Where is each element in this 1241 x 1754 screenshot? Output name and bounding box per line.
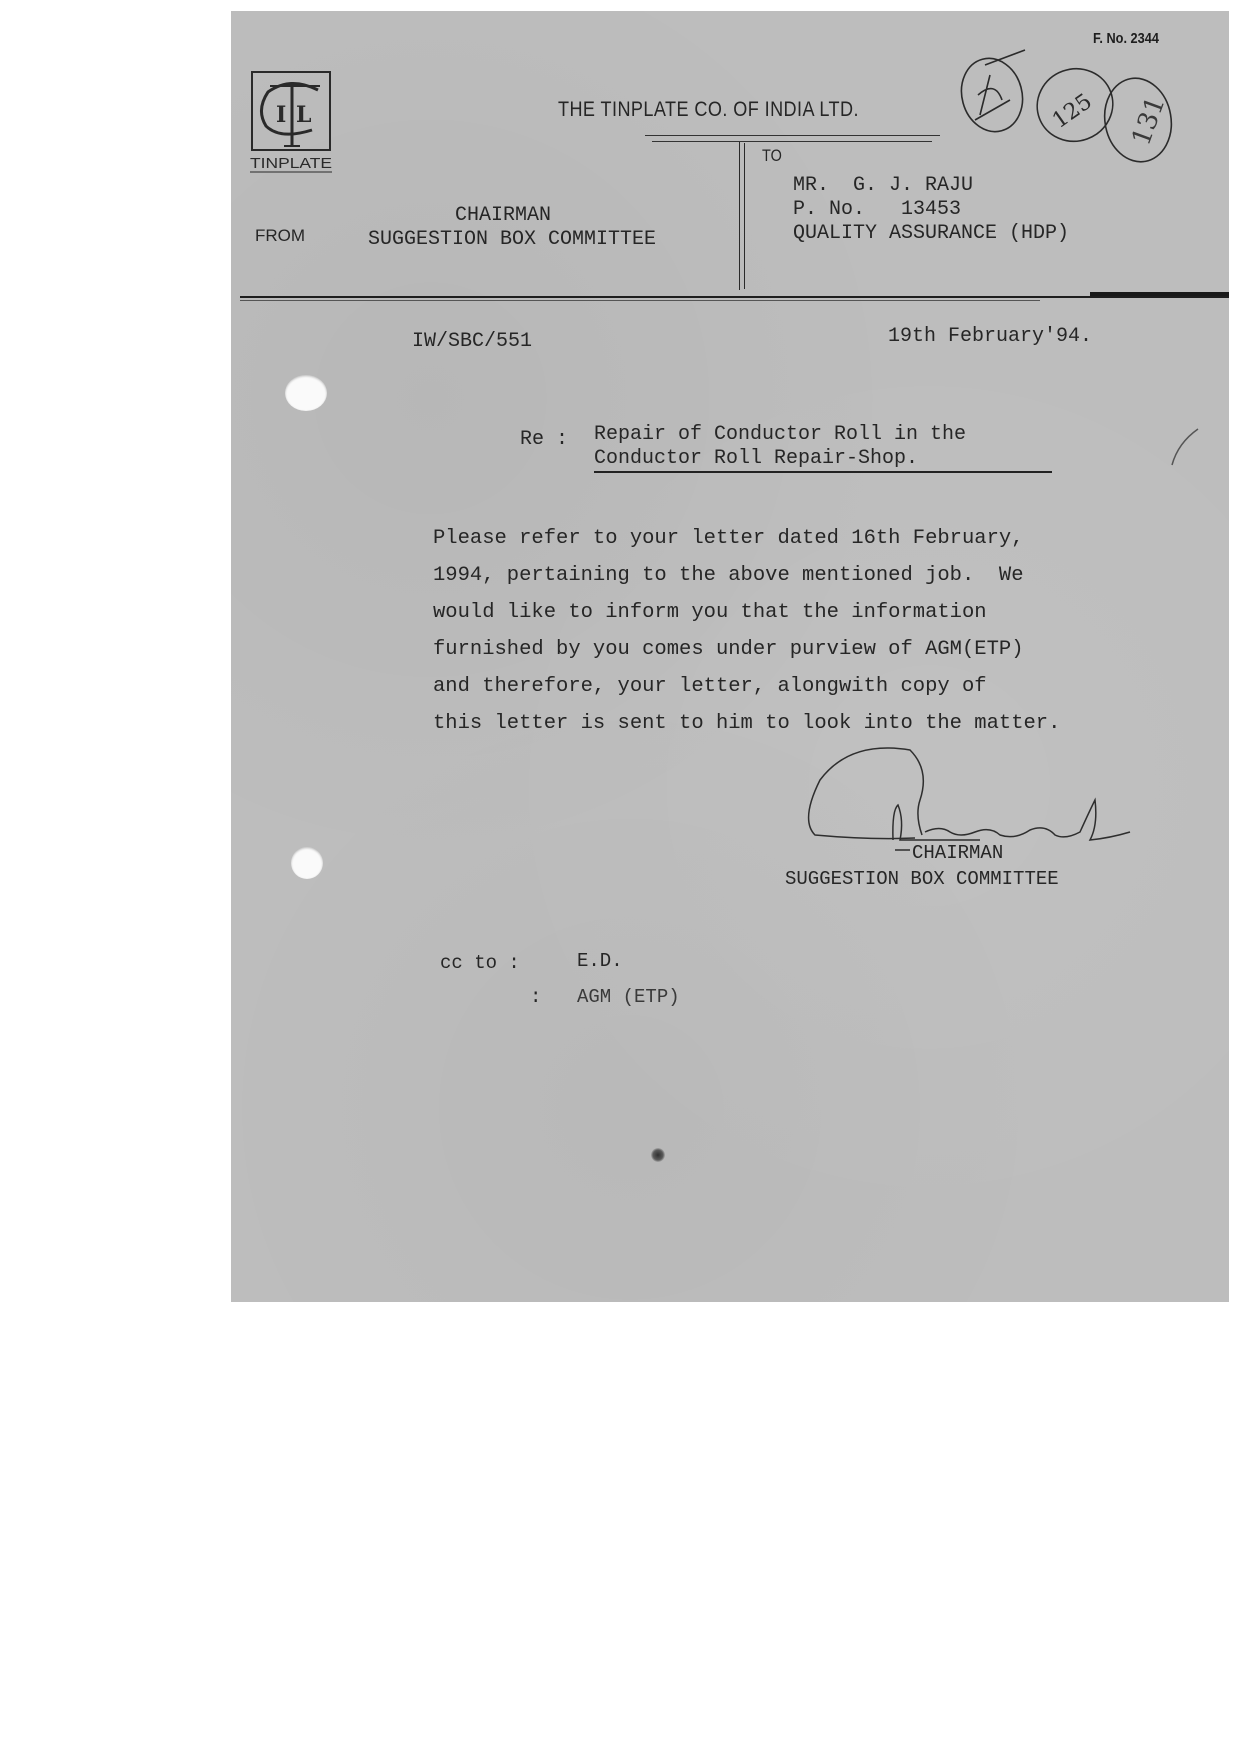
to-recipient-name: MR. G. J. RAJU [793, 174, 973, 197]
cc-separator: : [530, 986, 541, 1008]
signatory-title: CHAIRMAN [912, 842, 1003, 864]
body-line: this letter is sent to him to look into … [433, 705, 1060, 742]
cc-recipient: AGM (ETP) [577, 986, 680, 1008]
to-personnel-number: P. No. 13453 [793, 198, 961, 221]
header-bottom-rule [1090, 292, 1229, 296]
letter-date: 19th February'94. [888, 325, 1092, 348]
svg-text:L: L [296, 102, 311, 128]
cc-label: cc to : [440, 952, 520, 974]
subject-line-2: Conductor Roll Repair-Shop. [594, 447, 1052, 473]
logo-caption: TINPLATE [250, 155, 332, 172]
body-line: 1994, pertaining to the above mentioned … [433, 557, 1024, 594]
subject-line-1: Repair of Conductor Roll in the [594, 423, 966, 446]
reference-number: IW/SBC/551 [412, 330, 532, 353]
to-label: TO [762, 146, 782, 166]
company-name: THE TINPLATE CO. OF INDIA LTD. [558, 98, 859, 122]
tcil-monogram-logo-icon: I L TINPLATE [250, 70, 334, 174]
from-label: FROM [255, 226, 305, 246]
body-line: Please refer to your letter dated 16th F… [433, 520, 1024, 557]
signatory-committee: SUGGESTION BOX COMMITTEE [785, 868, 1059, 890]
header-bottom-rule [240, 296, 1229, 298]
svg-text:131: 131 [1126, 93, 1171, 150]
header-divider [739, 142, 740, 290]
punch-hole [285, 375, 327, 411]
punch-hole [291, 847, 323, 879]
stray-pen-mark [1170, 425, 1200, 470]
body-line: furnished by you comes under purview of … [433, 631, 1024, 668]
body-line: and therefore, your letter, alongwith co… [433, 668, 987, 705]
svg-text:I: I [276, 102, 286, 128]
handwritten-circled-numbers: 125 131 [950, 45, 1180, 165]
svg-text:125: 125 [1048, 89, 1097, 134]
cc-recipient: E.D. [577, 950, 623, 972]
header-bottom-rule [240, 300, 1040, 301]
subject-label: Re : [520, 428, 568, 451]
from-title: CHAIRMAN [455, 204, 551, 227]
to-department: QUALITY ASSURANCE (HDP) [793, 222, 1069, 245]
header-rule [645, 135, 940, 136]
from-committee: SUGGESTION BOX COMMITTEE [368, 228, 656, 251]
body-line: would like to inform you that the inform… [433, 594, 987, 631]
header-rule [652, 141, 932, 142]
header-divider [744, 143, 745, 289]
ink-spot [651, 1148, 665, 1162]
